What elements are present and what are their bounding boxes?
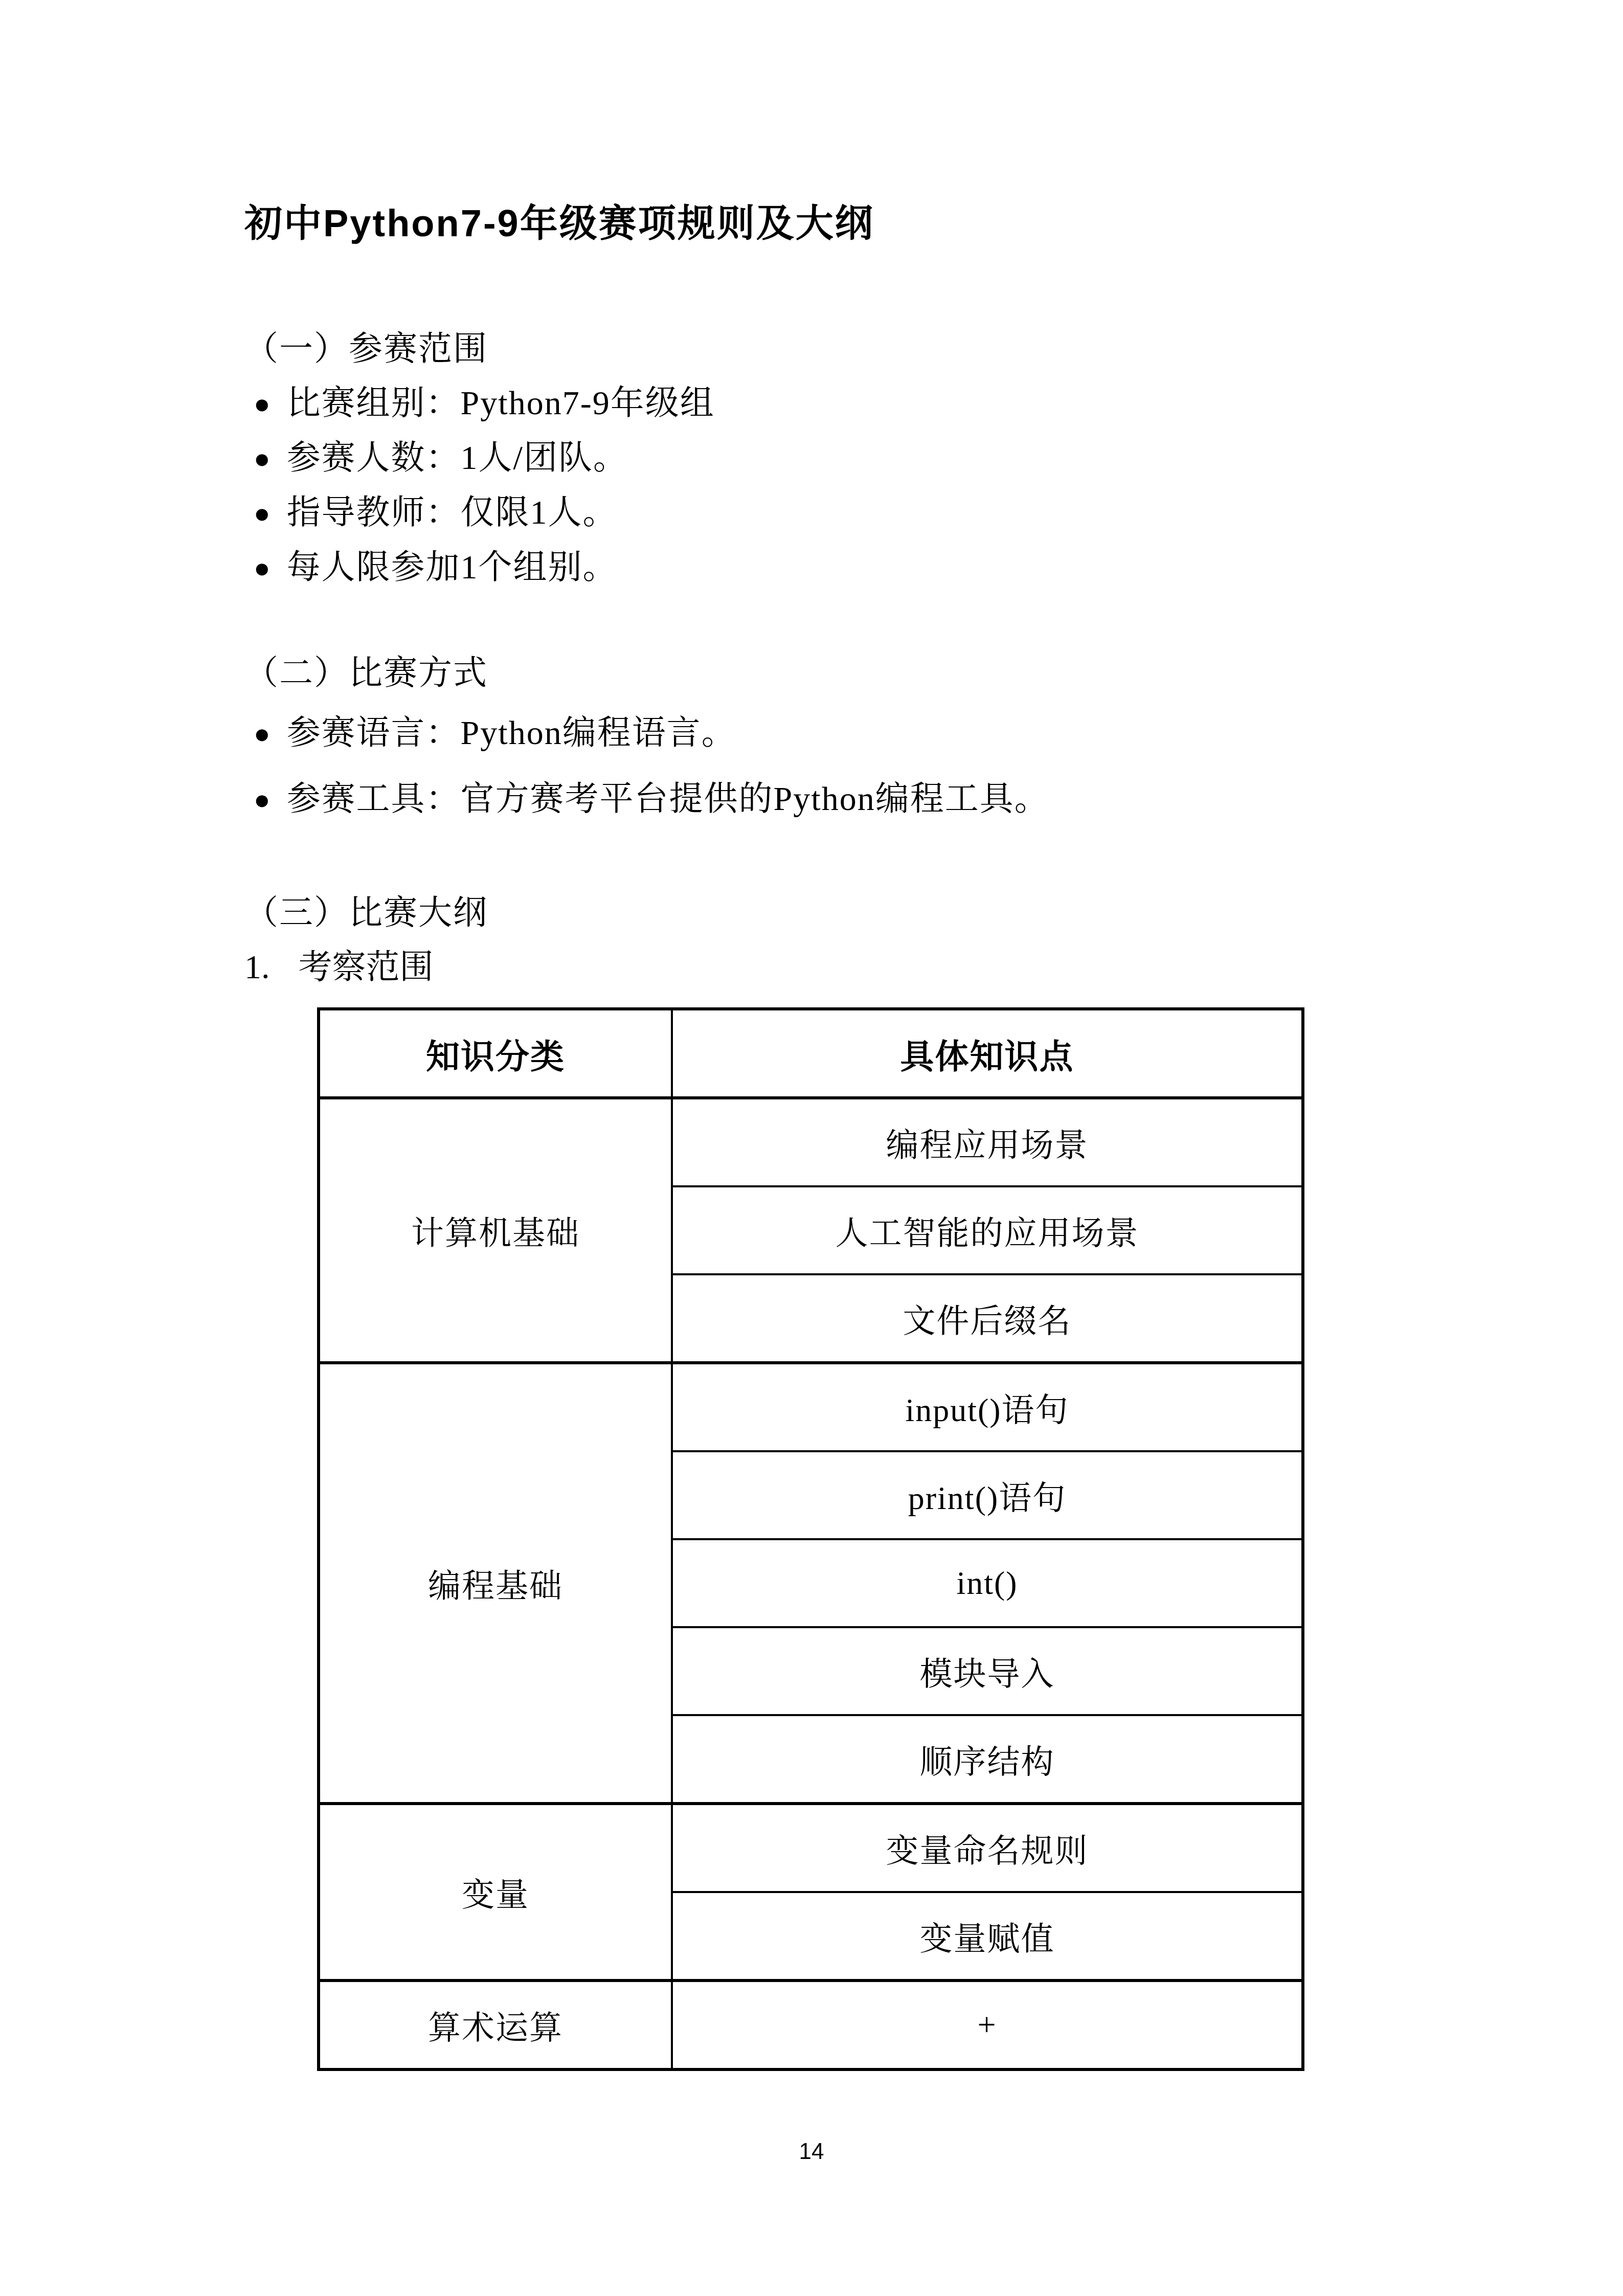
page-title: 初中Python7-9年级赛项规则及大纲 [244, 196, 1490, 251]
point-cell: int() [672, 1539, 1303, 1627]
point-cell: 变量赋值 [672, 1892, 1303, 1980]
list-item-text: 比赛组别：Python7-9年级组 [287, 385, 715, 422]
table-row: 算术运算 + [319, 1980, 1303, 2069]
point-cell: 人工智能的应用场景 [672, 1186, 1303, 1274]
bullet-icon: ● [254, 541, 272, 595]
list-item: ●每人限参加1个组别。 [254, 541, 1490, 595]
point-cell: 文件后缀名 [672, 1274, 1303, 1363]
outline-text: 考察范围 [299, 949, 434, 986]
table-row: 编程基础 input()语句 [319, 1363, 1303, 1451]
table-header-cell: 知识分类 [319, 1009, 672, 1098]
section-heading-1: （一）参赛范围 [244, 322, 1490, 376]
list-item: ●参赛工具：官方赛考平台提供的Python编程工具。 [254, 767, 1490, 832]
table-header-cell: 具体知识点 [672, 1009, 1303, 1098]
bullet-icon: ● [254, 767, 272, 832]
table-header-row: 知识分类 具体知识点 [319, 1009, 1303, 1098]
list-item-text: 每人限参加1个组别。 [287, 549, 618, 586]
list-item: ●比赛组别：Python7-9年级组 [254, 376, 1490, 431]
point-cell: input()语句 [672, 1363, 1303, 1451]
bullet-icon: ● [254, 432, 272, 486]
knowledge-table: 知识分类 具体知识点 计算机基础 编程应用场景 人工智能的应用场景 文件后缀名 … [317, 1007, 1304, 2071]
point-cell: 变量命名规则 [672, 1804, 1303, 1892]
category-cell: 变量 [319, 1804, 672, 1980]
point-cell: 顺序结构 [672, 1715, 1303, 1804]
outline-number: 1. [244, 949, 270, 986]
list-item: ●参赛人数：1人/团队。 [254, 431, 1490, 486]
bullet-icon: ● [254, 377, 272, 431]
section-2-list: ●参赛语言：Python编程语言。 ●参赛工具：官方赛考平台提供的Python编… [244, 701, 1490, 832]
list-item-text: 参赛语言：Python编程语言。 [287, 714, 736, 752]
page-content: 初中Python7-9年级赛项规则及大纲 （一）参赛范围 ●比赛组别：Pytho… [0, 0, 1623, 2071]
point-cell: 编程应用场景 [672, 1098, 1303, 1186]
category-cell: 算术运算 [319, 1980, 672, 2069]
list-item-text: 参赛工具：官方赛考平台提供的Python编程工具。 [287, 780, 1049, 818]
page-number: 14 [0, 2141, 1623, 2163]
document-page: 初中Python7-9年级赛项规则及大纲 （一）参赛范围 ●比赛组别：Pytho… [0, 0, 1623, 2296]
category-cell: 编程基础 [319, 1363, 672, 1804]
section-1-list: ●比赛组别：Python7-9年级组 ●参赛人数：1人/团队。 ●指导教师：仅限… [244, 376, 1490, 595]
list-item-text: 指导教师：仅限1人。 [287, 494, 618, 531]
outline-item: 1.考察范围 [244, 940, 1490, 995]
section-heading-2: （二）比赛方式 [244, 646, 1490, 701]
table-row: 计算机基础 编程应用场景 [319, 1098, 1303, 1186]
point-cell: + [672, 1980, 1303, 2069]
list-item-text: 参赛人数：1人/团队。 [287, 439, 628, 477]
point-cell: print()语句 [672, 1451, 1303, 1539]
point-cell: 模块导入 [672, 1627, 1303, 1715]
bullet-icon: ● [254, 486, 272, 541]
table-row: 变量 变量命名规则 [319, 1804, 1303, 1892]
list-item: ●指导教师：仅限1人。 [254, 486, 1490, 541]
list-item: ●参赛语言：Python编程语言。 [254, 701, 1490, 767]
category-cell: 计算机基础 [319, 1098, 672, 1363]
section-heading-3: （三）比赛大纲 [244, 886, 1490, 940]
bullet-icon: ● [254, 701, 272, 767]
